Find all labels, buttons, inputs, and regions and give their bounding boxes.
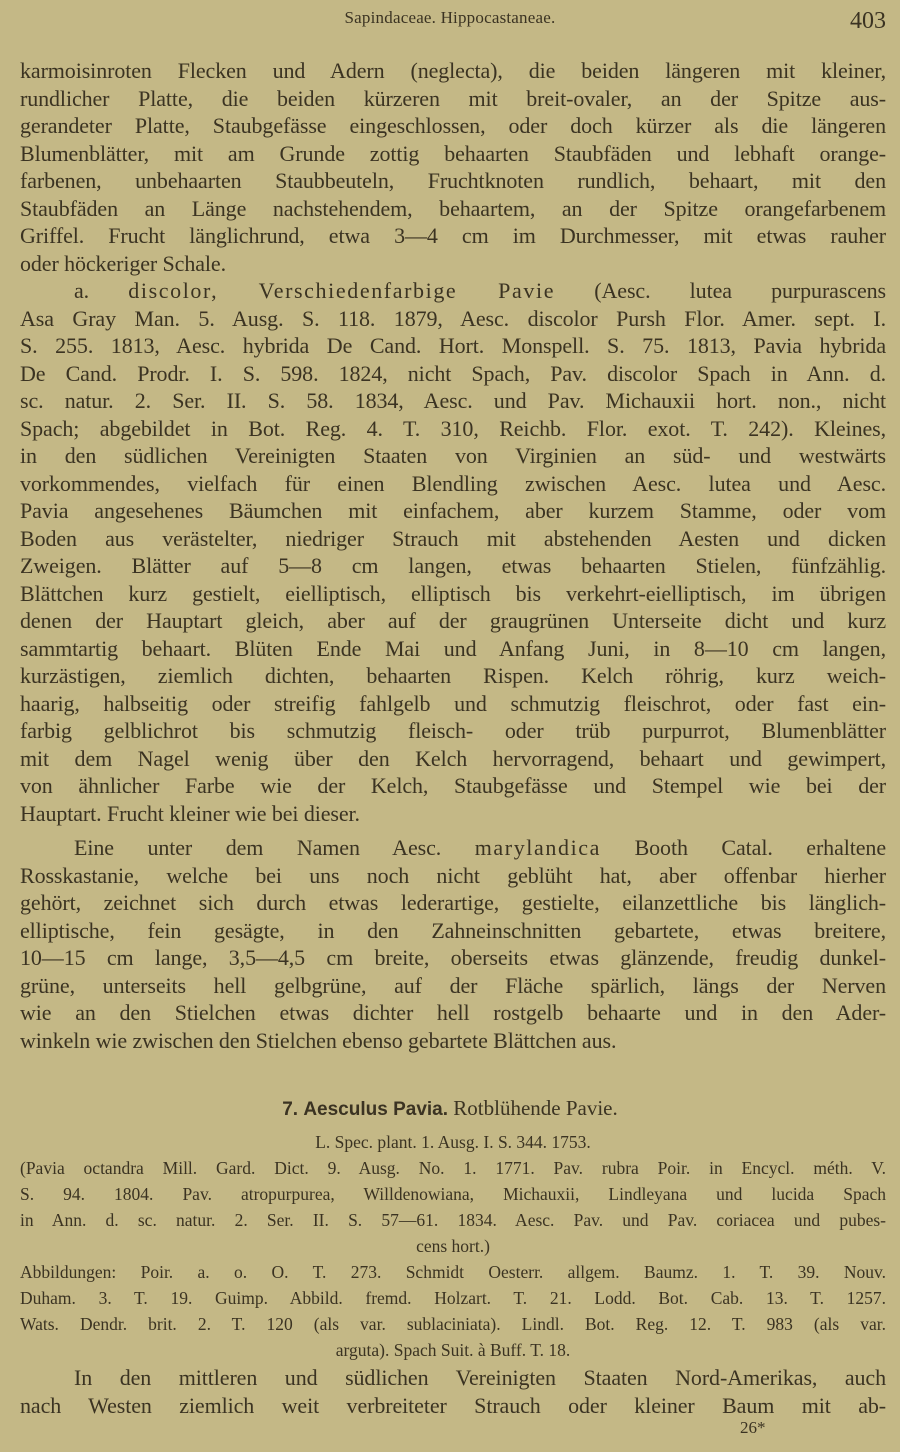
text-line: vorkommendes, vielfach für einen Blendli… xyxy=(20,470,886,498)
text-line: in den südlichen Vereinigten Staaten von… xyxy=(20,442,886,470)
text-line: cens hort.) xyxy=(20,1233,886,1259)
text-line: in Ann. d. sc. natur. 2. Ser. II. S. 57—… xyxy=(20,1207,886,1233)
text-line: arguta). Spach Suit. à Buff. T. 18. xyxy=(20,1337,886,1363)
text-line: farbenen, unbehaarten Staubbeuteln, Fruc… xyxy=(20,167,886,195)
text-line: grüne, unterseits hell gelbgrüne, auf de… xyxy=(20,972,886,1000)
species-citation: L. Spec. plant. 1. Ausg. I. S. 344. 1753… xyxy=(20,1129,886,1155)
running-head: Sapindaceae. Hippocastaneae. 403 xyxy=(0,4,900,34)
text-line: Eine unter dem Namen Aesc. marylandica B… xyxy=(20,834,886,862)
text-line: mit dem Nagel wenig über den Kelch hervo… xyxy=(20,745,886,773)
variety-label: a. xyxy=(74,278,128,303)
text-line: Staubfäden an Länge nachstehendem, behaa… xyxy=(20,195,886,223)
text-line: Pavia angesehenes Bäumchen mit einfachem… xyxy=(20,497,886,525)
species-latin-name: Aesculus Pavia. xyxy=(303,1099,448,1120)
text-line: Asa Gray Man. 5. Ausg. S. 118. 1879, Aes… xyxy=(20,305,886,333)
text-line: Abbildungen: Poir. a. o. O. T. 273. Schm… xyxy=(20,1259,886,1285)
species-heading: 7. Aesculus Pavia. Rotblühende Pavie. xyxy=(0,1096,900,1121)
text-line: Duham. 3. T. 19. Guimp. Abbild. fremd. H… xyxy=(20,1285,886,1311)
page-number: 403 xyxy=(850,8,886,35)
running-title: Sapindaceae. Hippocastaneae. xyxy=(0,8,900,28)
text-line: 10—15 cm lange, 3,5—4,5 cm breite, obers… xyxy=(20,944,886,972)
text-line: Blättchen kurz gestielt, eielliptisch, e… xyxy=(20,580,886,608)
book-page: Sapindaceae. Hippocastaneae. 403 karmois… xyxy=(0,0,900,1452)
text-line: denen der Hauptart gleich, aber auf der … xyxy=(20,607,886,635)
text-line: Hauptart. Frucht kleiner wie bei dieser. xyxy=(20,800,886,828)
text-line: (Pavia octandra Mill. Gard. Dict. 9. Aus… xyxy=(20,1155,886,1181)
text-line: Boden aus verästelter, niedriger Strauch… xyxy=(20,525,886,553)
text-line: oder höckeriger Schale. xyxy=(20,250,886,278)
text-line: farbig gelblichrot bis schmutzig fleisch… xyxy=(20,717,886,745)
text-line: rundlicher Platte, die beiden kürzeren m… xyxy=(20,85,886,113)
text-span: (Aesc. lutea purpurascens xyxy=(555,278,886,303)
text-line: wie an den Stielchen etwas dichter hell … xyxy=(20,999,886,1027)
text-line: In den mittleren und südlichen Vereinigt… xyxy=(20,1364,886,1392)
text-line: sammtartig behaart. Blüten Ende Mai und … xyxy=(20,635,886,663)
variety-name: discolor, Verschiedenfarbige Pavie xyxy=(128,278,555,303)
text-line: De Cand. Prodr. I. S. 598. 1824, nicht S… xyxy=(20,360,886,388)
text-line: kurzästigen, ziemlich dichten, behaarten… xyxy=(20,662,886,690)
text-line: Zweigen. Blätter auf 5—8 cm langen, etwa… xyxy=(20,552,886,580)
text-line: Blumenblätter, mit am Grunde zottig beha… xyxy=(20,140,886,168)
text-line: haarig, halbseitig oder streifig fahlgel… xyxy=(20,690,886,718)
text-line: S. 94. 1804. Pav. atropurpurea, Willdeno… xyxy=(20,1181,886,1207)
text-line: gerandeter Platte, Staubgefässe eingesch… xyxy=(20,112,886,140)
text-line: sc. natur. 2. Ser. II. S. 58. 1834, Aesc… xyxy=(20,387,886,415)
text-line: von ähnlicher Farbe wie der Kelch, Staub… xyxy=(20,772,886,800)
text-line: winkeln wie zwischen den Stielchen ebens… xyxy=(20,1027,886,1055)
text-line: Griffel. Frucht länglichrund, etwa 3—4 c… xyxy=(20,222,886,250)
signature-mark: 26* xyxy=(740,1418,766,1438)
text-line: Rosskastanie, welche bei uns noch nicht … xyxy=(20,862,886,890)
text-line: S. 255. 1813, Aesc. hybrida De Cand. Hor… xyxy=(20,332,886,360)
text-line: karmoisinroten Flecken und Adern (neglec… xyxy=(20,57,886,85)
text-line: gehört, zeichnet sich durch etwas ledera… xyxy=(20,889,886,917)
text-line: elliptische, fein gesägte, in den Zahnei… xyxy=(20,917,886,945)
text-line: Spach; abgebildet in Bot. Reg. 4. T. 310… xyxy=(20,415,886,443)
text-line: nach Westen ziemlich weit verbreiteter S… xyxy=(20,1392,886,1420)
species-common-name: Rotblühende Pavie. xyxy=(453,1096,617,1120)
text-line: a. discolor, Verschiedenfarbige Pavie (A… xyxy=(20,277,886,305)
text-span: Booth Catal. erhaltene xyxy=(601,835,886,860)
text-span: Eine unter dem Namen Aesc. xyxy=(74,835,475,860)
cultivar-name: marylandica xyxy=(475,835,601,860)
text-line: Wats. Dendr. brit. 2. T. 120 (als var. s… xyxy=(20,1311,886,1337)
species-number: 7. xyxy=(282,1099,298,1120)
